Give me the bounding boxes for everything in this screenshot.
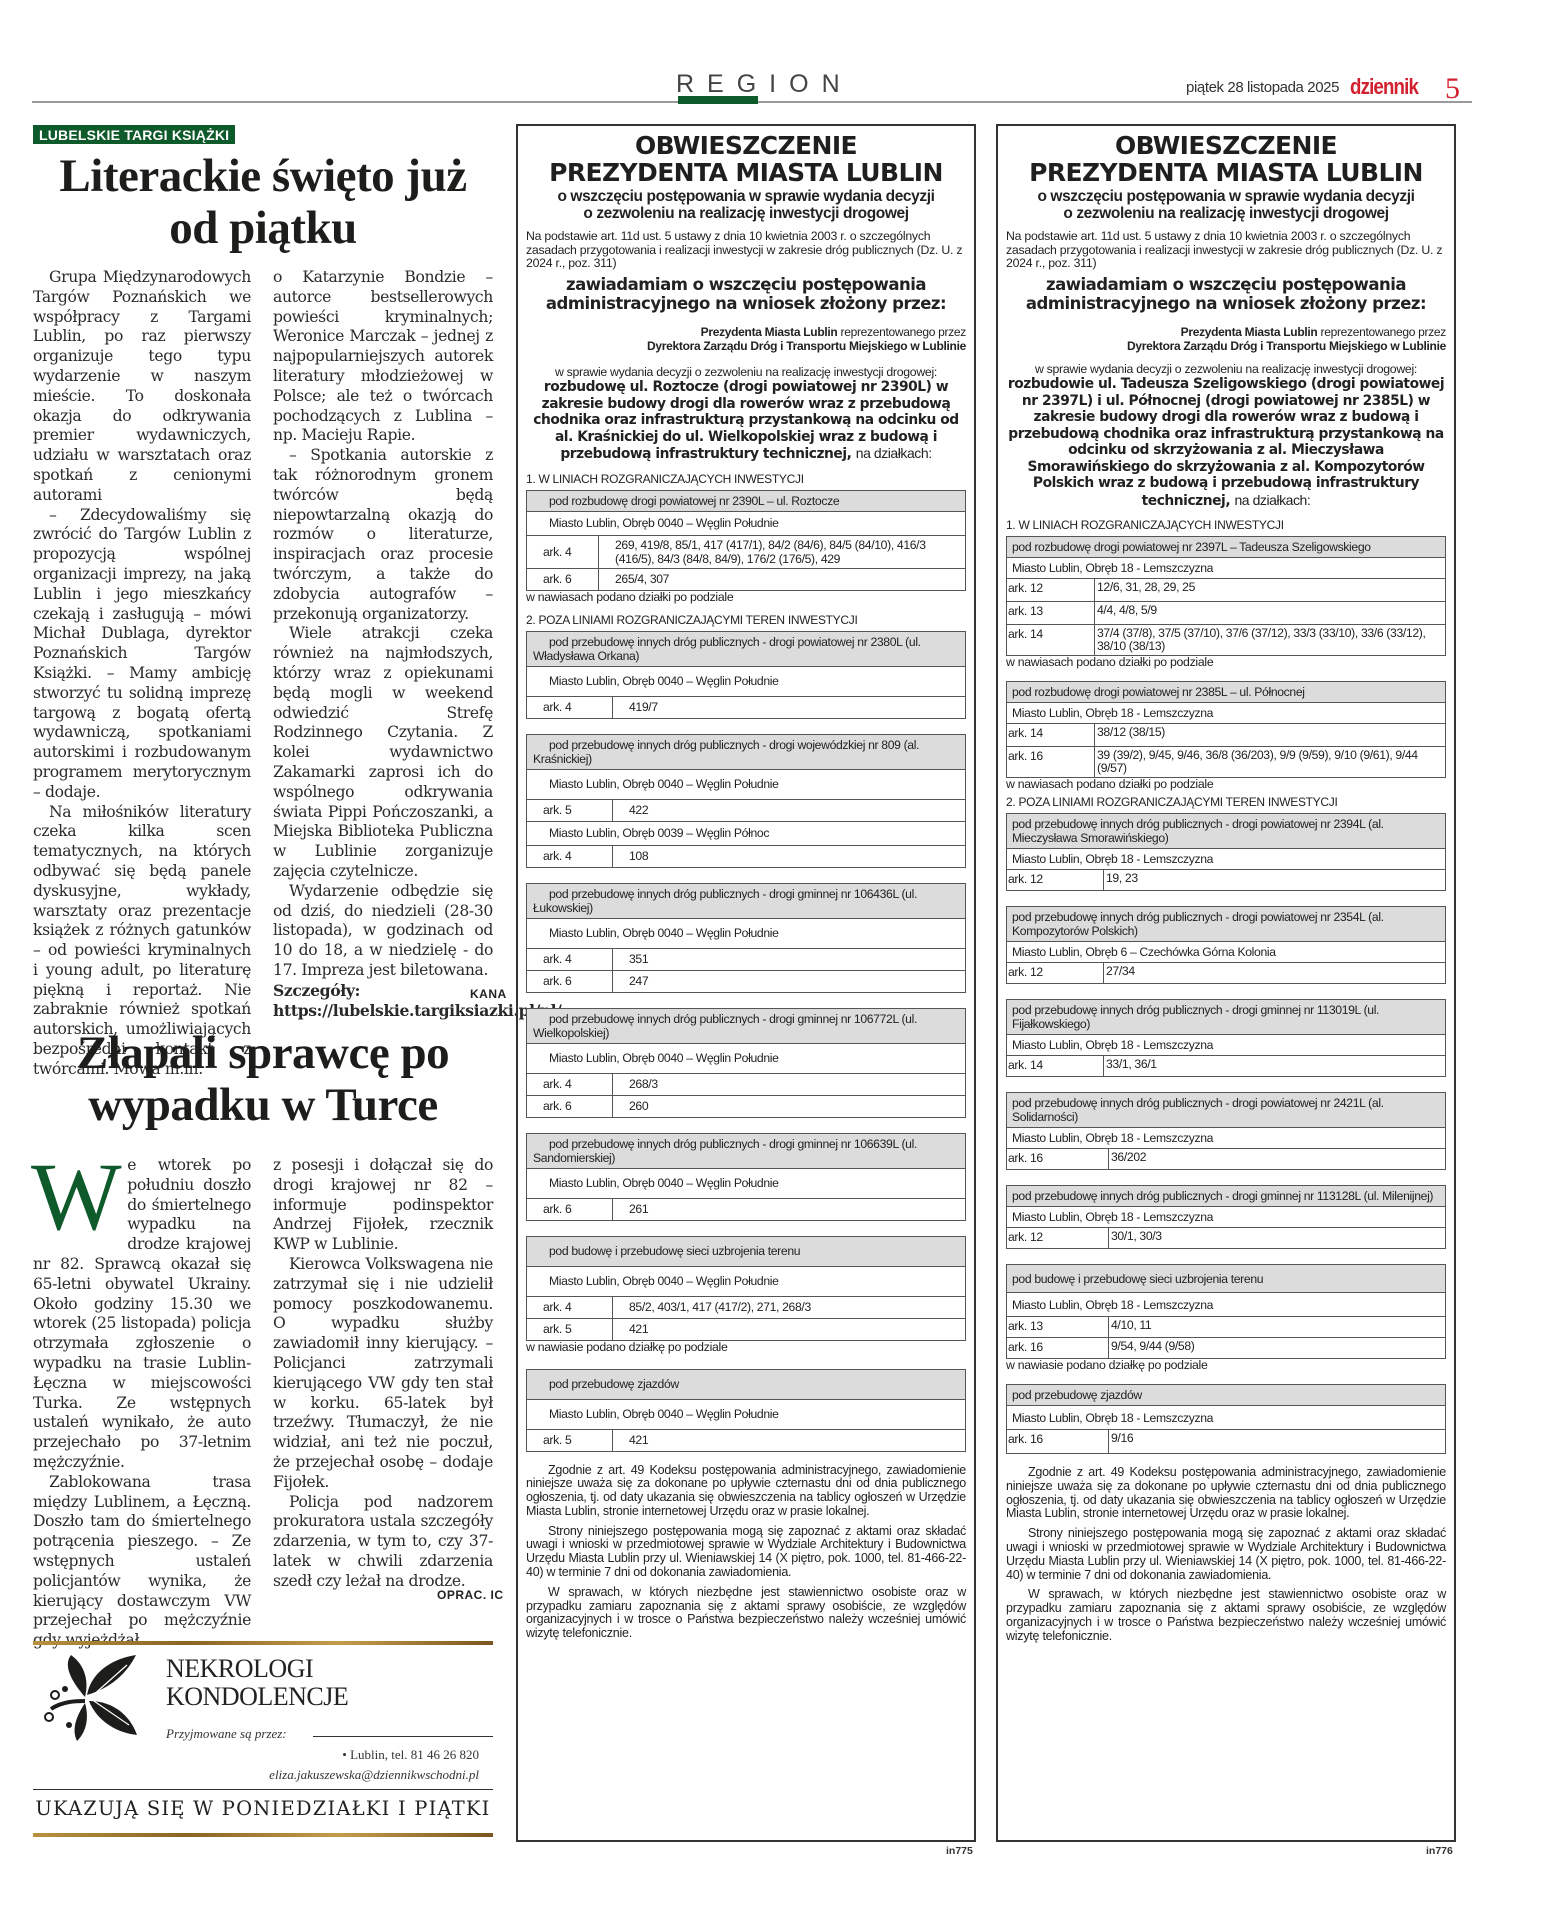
article-paragraph: z posesji i dołączał się do drogi krajow…	[273, 1156, 493, 1255]
notice-title: OBWIESZCZENIE PREZYDENTA MIASTA LUBLIN	[1006, 132, 1446, 186]
table-header: pod przebudowę innych dróg publicznych -…	[527, 883, 966, 918]
plots-table: pod przebudowę innych dróg publicznych -…	[526, 734, 966, 868]
plots-cell: 269, 419/8, 85/1, 417 (417/1), 84/2 (84/…	[599, 535, 966, 568]
location-cell: Miasto Lublin, Obręb 18 - Lemszczyzna	[1007, 1293, 1446, 1317]
table-header: pod przebudowę innych dróg publicznych -…	[1007, 1000, 1446, 1035]
sheet-cell: ark. 16	[1007, 1149, 1109, 1170]
location-cell: Miasto Lublin, Obręb 18 - Lemszczyzna	[1007, 849, 1446, 870]
article-paragraph: Wydarzenie odbędzie się od dziś, do nied…	[273, 882, 493, 981]
article-paragraph: – Zdecydowaliśmy się zwrócić do Targów L…	[33, 506, 251, 803]
sheet-cell: ark. 12	[1007, 1228, 1109, 1249]
location-cell: Miasto Lublin, Obręb 0040 – Węglin Połud…	[527, 1399, 966, 1429]
location-cell: Miasto Lublin, Obręb 0040 – Węglin Połud…	[527, 918, 966, 948]
notice-subtitle-line: o wszczęciu postępowania w sprawie wydan…	[526, 188, 966, 205]
notice-subtitle-line: o zezwoleniu na realizację inwestycji dr…	[1006, 205, 1446, 222]
location-cell: Miasto Lublin, Obręb 0040 – Węglin Połud…	[527, 769, 966, 799]
notice-box-2: OBWIESZCZENIE PREZYDENTA MIASTA LUBLIN o…	[996, 124, 1456, 1842]
plots-cell: 19, 23	[1104, 870, 1446, 891]
article-column-1: We wtorek po południu doszło do śmiertel…	[33, 1156, 251, 1651]
article-paragraph: Grupa Międzynarodowych Targów Poznańskic…	[33, 268, 251, 506]
article-paragraph: Wiele atrakcji czeka również na najmłods…	[273, 624, 493, 881]
article-signature: OPRAC. IC	[437, 1588, 504, 1602]
obituary-title-line: KONDOLENCJE	[166, 1683, 348, 1711]
table-header: pod przebudowę innych dróg publicznych -…	[527, 1133, 966, 1168]
section-heading: 1. W LINIACH ROZGRANICZAJĄCYCH INWESTYCJ…	[526, 472, 966, 486]
table-header: pod przebudowę innych dróg publicznych -…	[527, 631, 966, 666]
obituary-title: NEKROLOGI KONDOLENCJE	[166, 1655, 348, 1711]
sheet-cell: ark. 4	[527, 948, 613, 970]
plots-cell: 27/34	[1104, 963, 1446, 984]
plots-cell: 12/6, 31, 28, 29, 25	[1095, 579, 1446, 602]
sheet-cell: ark. 13	[1007, 1317, 1109, 1338]
plots-cell: 4/4, 4/8, 5/9	[1095, 602, 1446, 625]
notice-title-line: PREZYDENTA MIASTA LUBLIN	[526, 159, 966, 186]
article-headline: Literackie święto już od piątku	[33, 150, 493, 254]
table-note: w nawiasach podano działki po podziale	[1006, 656, 1446, 669]
plots-table: pod przebudowę zjazdów Miasto Lublin, Ob…	[526, 1369, 966, 1452]
divider	[313, 1736, 493, 1737]
sheet-cell: ark. 6	[527, 568, 599, 590]
article-paragraph: o Katarzynie Bondzie – autorce bestselle…	[273, 268, 493, 446]
sheet-cell: ark. 5	[527, 1318, 613, 1340]
obituary-ad: NEKROLOGI KONDOLENCJE Przyjmowane są prz…	[33, 1641, 493, 1841]
applicant: Prezydenta Miasta Lublin reprezentowaneg…	[526, 325, 966, 353]
sheet-cell: ark. 4	[527, 845, 613, 867]
plots-cell: 261	[613, 1198, 966, 1220]
sheet-cell: ark. 5	[527, 1429, 613, 1451]
article-paragraph: Kierowca Volkswagena nie zatrzymał się i…	[273, 1255, 493, 1493]
sheet-cell: ark. 4	[527, 535, 599, 568]
notice-title-line: PREZYDENTA MIASTA LUBLIN	[1006, 159, 1446, 186]
plots-cell: 419/7	[613, 696, 966, 718]
plots-cell: 38/12 (38/15)	[1095, 724, 1446, 747]
sheet-cell: ark. 4	[527, 1073, 613, 1095]
plots-table: pod przebudowę innych dróg publicznych -…	[1006, 906, 1446, 984]
sheet-cell: ark. 6	[527, 1095, 613, 1117]
plots-table: pod rozbudowę drogi powiatowej nr 2385L …	[1006, 681, 1446, 778]
notice-title: OBWIESZCZENIE PREZYDENTA MIASTA LUBLIN	[526, 132, 966, 186]
plots-cell: 268/3	[613, 1073, 966, 1095]
on-plots-label: na działkach:	[1234, 492, 1310, 508]
notification-statement: zawiadamiam o wszczęciu postępowania adm…	[1006, 275, 1446, 313]
sheet-cell: ark. 16	[1007, 1430, 1109, 1454]
sheet-cell: ark. 16	[1007, 1338, 1109, 1359]
sheet-cell: ark. 13	[1007, 602, 1095, 625]
plots-table: pod rozbudowę drogi powiatowej nr 2390L …	[526, 490, 966, 591]
footer-paragraph: Strony niniejszego postępowania mogą się…	[526, 1525, 966, 1580]
section-heading: 2. POZA LINIAMI ROZGRANICZAJĄCYMI TEREN …	[526, 613, 966, 627]
notice-subtitle: o wszczęciu postępowania w sprawie wydan…	[1006, 188, 1446, 222]
notification-statement: zawiadamiam o wszczęciu postępowania adm…	[526, 275, 966, 313]
location-cell: Miasto Lublin, Obręb 0040 – Węglin Połud…	[527, 1266, 966, 1296]
article-column-1: Grupa Międzynarodowych Targów Poznańskic…	[33, 268, 251, 1080]
drop-cap: W	[31, 1160, 121, 1238]
matter: w sprawie wydania decyzji o zezwoleniu n…	[526, 366, 966, 380]
location-cell: Miasto Lublin, Obręb 18 - Lemszczyzna	[1007, 1207, 1446, 1228]
footer-paragraph: W sprawach, w których niezbędne jest sta…	[1006, 1588, 1446, 1643]
matter: w sprawie wydania decyzji o zezwoleniu n…	[1006, 363, 1446, 377]
applicant-name: Prezydenta Miasta Lublin	[1181, 325, 1318, 339]
sheet-cell: ark. 6	[527, 970, 613, 992]
plots-table: pod przebudowę innych dróg publicznych -…	[526, 1008, 966, 1118]
section-label: REGION	[676, 70, 853, 99]
table-note: w nawiasach podano działki po podziale	[526, 591, 966, 604]
table-header: pod budowę i przebudowę sieci uzbrojenia…	[527, 1236, 966, 1266]
legal-basis: Na podstawie art. 11d ust. 5 ustawy z dn…	[526, 230, 966, 271]
plots-cell: 39 (39/2), 9/45, 9/46, 36/8 (36/203), 9/…	[1095, 747, 1446, 778]
applicant-text: reprezentowanego przez	[1317, 325, 1446, 339]
notice-footer: Zgodnie z art. 49 Kodeksu postępowania a…	[526, 1464, 966, 1642]
applicant-representative: Dyrektora Zarządu Dróg i Transportu Miej…	[647, 339, 966, 353]
plots-cell: 85/2, 403/1, 417 (417/2), 271, 268/3	[613, 1296, 966, 1318]
notice-box-1: OBWIESZCZENIE PREZYDENTA MIASTA LUBLIN o…	[516, 124, 976, 1842]
gold-rule	[33, 1833, 493, 1837]
location-cell: Miasto Lublin, Obręb 18 - Lemszczyzna	[1007, 703, 1446, 724]
applicant-name: Prezydenta Miasta Lublin	[701, 325, 838, 339]
table-header: pod przebudowę innych dróg publicznych -…	[1007, 1186, 1446, 1207]
plots-table: pod przebudowę innych dróg publicznych -…	[1006, 1092, 1446, 1170]
plots-table: pod przebudowę innych dróg publicznych -…	[526, 1133, 966, 1221]
plots-cell: 33/1, 36/1	[1104, 1056, 1446, 1077]
applicant-representative: Dyrektora Zarządu Dróg i Transportu Miej…	[1127, 339, 1446, 353]
location-cell: Miasto Lublin, Obręb 0040 – Węglin Połud…	[527, 666, 966, 696]
sheet-cell: ark. 14	[1007, 625, 1095, 656]
notice-subtitle-line: o zezwoleniu na realizację inwestycji dr…	[526, 205, 966, 222]
article-column-2: z posesji i dołączał się do drogi krajow…	[273, 1156, 493, 1592]
section-underline	[678, 96, 758, 104]
sheet-cell: ark. 6	[527, 1198, 613, 1220]
table-header: pod przebudowę innych dróg publicznych -…	[1007, 907, 1446, 942]
plots-table: pod rozbudowę drogi powiatowej nr 2397L …	[1006, 536, 1446, 656]
table-header: pod przebudowę zjazdów	[527, 1369, 966, 1399]
article-tag: LUBELSKIE TARGI KSIĄŻKI	[33, 125, 235, 144]
table-header: pod przebudowę zjazdów	[1007, 1385, 1446, 1406]
notify-line: zawiadamiam o wszczęciu postępowania	[526, 275, 966, 294]
plots-cell: 421	[613, 1429, 966, 1451]
investment-description: rozbudowie ul. Tadeusza Szeligowskiego (…	[1006, 376, 1446, 509]
plots-cell: 36/202	[1109, 1149, 1446, 1170]
plots-table: pod przebudowę innych dróg publicznych -…	[526, 883, 966, 993]
leaf-ornament-icon	[41, 1651, 151, 1743]
footer-paragraph: Strony niniejszego postępowania mogą się…	[1006, 1527, 1446, 1582]
plots-cell: 351	[613, 948, 966, 970]
plots-table: pod przebudowę innych dróg publicznych -…	[1006, 999, 1446, 1077]
notify-line: zawiadamiam o wszczęciu postępowania	[1006, 275, 1446, 294]
location-cell: Miasto Lublin, Obręb 0039 – Węglin Półno…	[527, 821, 966, 845]
table-header: pod przebudowę innych dróg publicznych -…	[527, 734, 966, 769]
issue-date: piątek 28 listopada 2025	[1186, 79, 1339, 96]
plots-table: pod przebudowę zjazdów Miasto Lublin, Ob…	[1006, 1384, 1446, 1454]
article-paragraph: Policja pod nadzorem prokuratora ustala …	[273, 1493, 493, 1592]
obituary-phone: • Lublin, tel. 81 46 26 820	[342, 1747, 479, 1763]
article-paragraph: – Spotkania autorskie z tak różnorodnym …	[273, 446, 493, 624]
table-note: w nawiasie podano działkę po podziale	[526, 1341, 966, 1354]
table-header: pod przebudowę innych dróg publicznych -…	[527, 1008, 966, 1043]
ad-code: in775	[946, 1845, 973, 1857]
plots-cell: 247	[613, 970, 966, 992]
location-cell: Miasto Lublin, Obręb 18 - Lemszczyzna	[1007, 1035, 1446, 1056]
plots-cell: 108	[613, 845, 966, 867]
notify-line: administracyjnego na wniosek złożony prz…	[526, 294, 966, 313]
accepted-by-label: Przyjmowane są przez:	[166, 1726, 287, 1742]
notice-title-line: OBWIESZCZENIE	[1006, 132, 1446, 159]
obituary-email[interactable]: eliza.jakuszewska@dziennikwschodni.pl	[269, 1767, 479, 1783]
applicant-text: reprezentowanego przez	[837, 325, 966, 339]
legal-basis: Na podstawie art. 11d ust. 5 ustawy z dn…	[1006, 230, 1446, 271]
divider	[33, 1789, 493, 1790]
plots-cell: 265/4, 307	[599, 568, 966, 590]
article-signature: KANA	[470, 987, 507, 1001]
plots-table: pod przebudowę innych dróg publicznych -…	[1006, 813, 1446, 891]
notice-subtitle-line: o wszczęciu postępowania w sprawie wydan…	[1006, 188, 1446, 205]
notice-subtitle: o wszczęciu postępowania w sprawie wydan…	[526, 188, 966, 222]
location-cell: Miasto Lublin, Obręb 18 - Lemszczyzna	[1007, 1406, 1446, 1430]
table-header: pod rozbudowę drogi powiatowej nr 2390L …	[527, 490, 966, 511]
on-plots-label: na działkach:	[856, 445, 932, 461]
table-header: pod rozbudowę drogi powiatowej nr 2397L …	[1007, 537, 1446, 558]
investment-text: rozbudowie ul. Tadeusza Szeligowskiego (…	[1008, 376, 1444, 509]
footer-paragraph: Zgodnie z art. 49 Kodeksu postępowania a…	[526, 1464, 966, 1519]
footer-paragraph: Zgodnie z art. 49 Kodeksu postępowania a…	[1006, 1466, 1446, 1521]
plots-cell: 30/1, 30/3	[1109, 1228, 1446, 1249]
location-cell: Miasto Lublin, Obręb 6 – Czechówka Górna…	[1007, 942, 1446, 963]
plots-table: pod budowę i przebudowę sieci uzbrojenia…	[526, 1236, 966, 1341]
plots-cell: 9/54, 9/44 (9/58)	[1109, 1338, 1446, 1359]
article-column-2: o Katarzynie Bondzie – autorce bestselle…	[273, 268, 493, 1022]
plots-cell: 37/4 (37/8), 37/5 (37/10), 37/6 (37/12),…	[1095, 625, 1446, 656]
location-cell: Miasto Lublin, Obręb 0040 – Węglin Połud…	[527, 511, 966, 535]
obituary-title-line: NEKROLOGI	[166, 1655, 348, 1683]
table-header: pod przebudowę innych dróg publicznych -…	[1007, 1093, 1446, 1128]
table-header: pod budowę i przebudowę sieci uzbrojenia…	[1007, 1265, 1446, 1293]
sheet-cell: ark. 4	[527, 1296, 613, 1318]
sheet-cell: ark. 12	[1007, 579, 1095, 602]
plots-table: pod budowę i przebudowę sieci uzbrojenia…	[1006, 1264, 1446, 1359]
ad-code: in776	[1426, 1845, 1453, 1857]
location-cell: Miasto Lublin, Obręb 18 - Lemszczyzna	[1007, 558, 1446, 579]
gold-rule	[33, 1641, 493, 1645]
plots-cell: 421	[613, 1318, 966, 1340]
investment-description: rozbudowę ul. Roztocze (drogi powiatowej…	[526, 379, 966, 463]
article-paragraph: Zablokowana trasa między Lublinem, a Łęc…	[33, 1473, 251, 1651]
table-header: pod rozbudowę drogi powiatowej nr 2385L …	[1007, 682, 1446, 703]
page-number: 5	[1445, 72, 1460, 106]
newspaper-logo[interactable]: dziennik	[1350, 74, 1418, 100]
sheet-cell: ark. 16	[1007, 747, 1095, 778]
article-headline: Złapali sprawcę po wypadku w Turce	[33, 1027, 493, 1131]
sheet-cell: ark. 14	[1007, 1056, 1104, 1077]
applicant: Prezydenta Miasta Lublin reprezentowaneg…	[1006, 325, 1446, 353]
table-note: w nawiasach podano działki po podziale	[1006, 778, 1446, 791]
sheet-cell: ark. 4	[527, 696, 613, 718]
plots-cell: 9/16	[1109, 1430, 1446, 1454]
plots-table: pod przebudowę innych dróg publicznych -…	[526, 631, 966, 719]
location-cell: Miasto Lublin, Obręb 18 - Lemszczyzna	[1007, 1128, 1446, 1149]
notice-footer: Zgodnie z art. 49 Kodeksu postępowania a…	[1006, 1466, 1446, 1644]
sheet-cell: ark. 12	[1007, 870, 1104, 891]
sheet-cell: ark. 14	[1007, 724, 1095, 747]
table-header: pod przebudowę innych dróg publicznych -…	[1007, 814, 1446, 849]
sheet-cell: ark. 12	[1007, 963, 1104, 984]
plots-cell: 422	[613, 799, 966, 821]
plots-cell: 4/10, 11	[1109, 1317, 1446, 1338]
section-heading: 1. W LINIACH ROZGRANICZAJĄCYCH INWESTYCJ…	[1006, 518, 1446, 532]
section-heading: 2. POZA LINIAMI ROZGRANICZAJĄCYMI TEREN …	[1006, 795, 1446, 809]
notify-line: administracyjnego na wniosek złożony prz…	[1006, 294, 1446, 313]
plots-table: pod przebudowę innych dróg publicznych -…	[1006, 1185, 1446, 1249]
footer-paragraph: W sprawach, w których niezbędne jest sta…	[526, 1586, 966, 1641]
sheet-cell: ark. 5	[527, 799, 613, 821]
location-cell: Miasto Lublin, Obręb 0040 – Węglin Połud…	[527, 1168, 966, 1198]
notice-title-line: OBWIESZCZENIE	[526, 132, 966, 159]
table-note: w nawiasie podano działkę po podziale	[1006, 1359, 1446, 1372]
location-cell: Miasto Lublin, Obręb 0040 – Węglin Połud…	[527, 1043, 966, 1073]
obituary-schedule: UKAZUJĄ SIĘ W PONIEDZIAŁKI I PIĄTKI	[33, 1797, 493, 1820]
plots-cell: 260	[613, 1095, 966, 1117]
